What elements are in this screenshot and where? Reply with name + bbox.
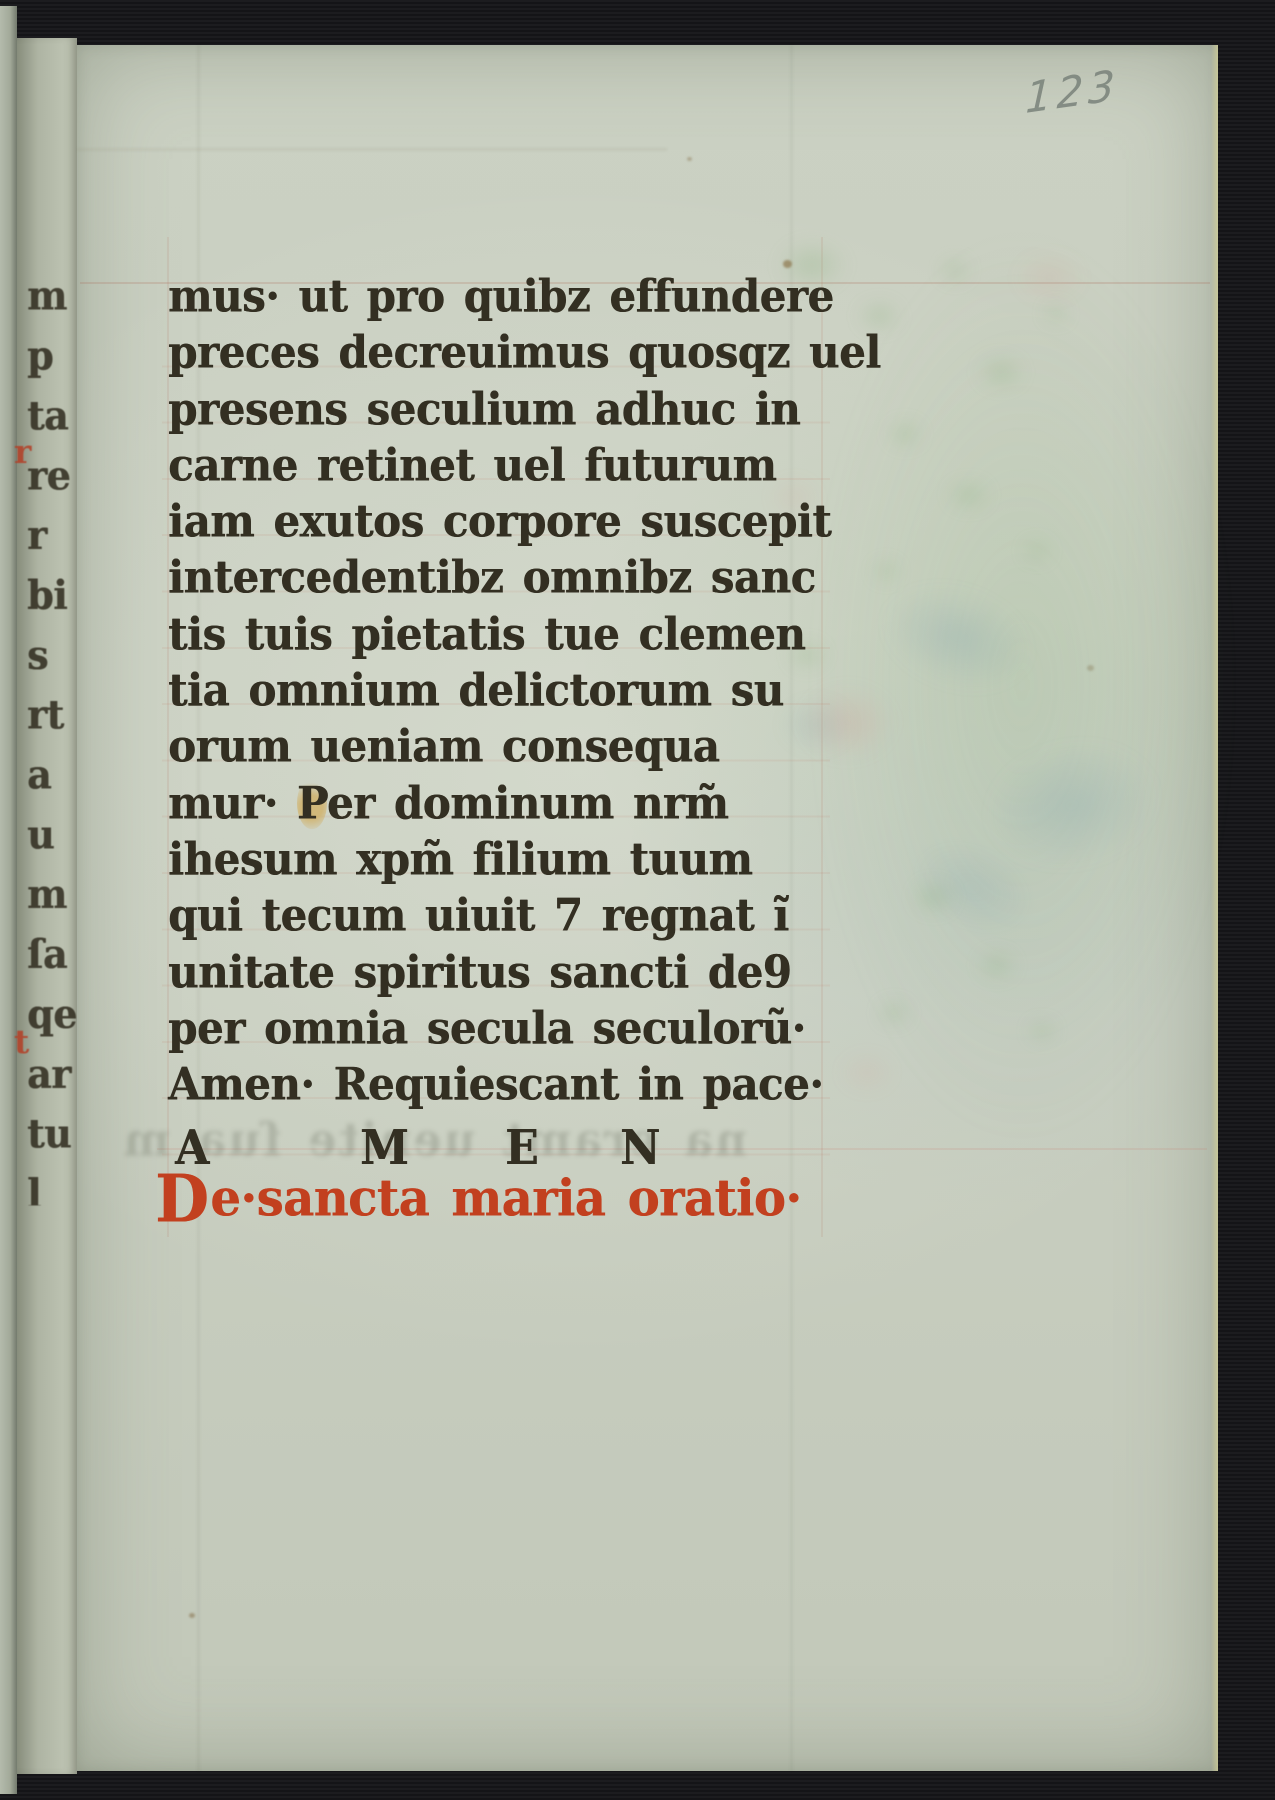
- margin-decoration-leaf: [977, 950, 1017, 980]
- rubric-initial: D: [155, 1161, 208, 1238]
- text-segment: mur·: [168, 777, 297, 829]
- text-line: ihesum xpm̃ filium tuum: [168, 830, 858, 890]
- margin-decoration-flower: [1012, 250, 1087, 305]
- facing-page-red-fragment: t: [14, 1022, 58, 1062]
- text-line: tia omnium delictorum su: [168, 661, 858, 721]
- board-edge: [0, 6, 17, 1794]
- margin-decoration-leaf: [1027, 1020, 1057, 1042]
- stain-speck: [1087, 665, 1094, 671]
- text-line: qui tecum uiuit 7 regnat ĩ: [168, 886, 858, 946]
- horizontal-discoloration: [77, 148, 667, 151]
- facing-page-text-fragments: mp ta rer bis rta um ſa qe ar tul bm ſe …: [27, 266, 79, 1206]
- facing-page-red-fragment: r: [14, 432, 58, 472]
- text-line: per omnia secula seculorũ·: [168, 999, 858, 1059]
- margin-decoration-leaf: [947, 480, 991, 510]
- manuscript-page: 123 na eramt uenite ſua m mus· ut pro qu…: [77, 45, 1218, 1771]
- text-line: unitate spiritus sancti de9: [168, 943, 858, 1003]
- margin-decoration-leaf: [872, 560, 900, 582]
- text-line: presens seculium adhuc in: [168, 380, 858, 440]
- gold-washed-initial-p: P: [297, 777, 327, 829]
- text-line: mus· ut pro quibz effundere: [168, 267, 858, 327]
- page-fore-edge: [1211, 45, 1218, 1771]
- rubric-de-sancta-maria: De·sancta maria oratio·: [155, 1167, 802, 1231]
- margin-decoration-leaf: [977, 355, 1025, 389]
- text-line: Amen· Requiescant in pace·: [168, 1055, 858, 1115]
- folio-number: 123: [1025, 60, 1121, 123]
- text-block: mus· ut pro quibz effundere preces decre…: [168, 267, 858, 1111]
- margin-decoration-leaf: [887, 420, 923, 448]
- stain-speck: [687, 157, 692, 161]
- text-line: tis tuis pietatis tue clemen: [168, 605, 858, 665]
- text-line: preces decreuimus quosqz uel: [168, 323, 858, 383]
- margin-decoration-leaf: [1043, 303, 1069, 323]
- text-segment: er dominum nrm̃: [327, 777, 729, 829]
- margin-decoration-leaf: [877, 1000, 911, 1026]
- stain-speck: [189, 1613, 195, 1618]
- text-line: iam exutos corpore suscepit: [168, 492, 858, 552]
- margin-decoration-leaf: [1022, 540, 1052, 562]
- text-line: carne retinet uel futurum: [168, 436, 858, 496]
- text-line: intercedentibz omnibz sanc: [168, 548, 858, 608]
- margin-decoration-leaf: [939, 257, 971, 283]
- facing-page-edge: mp ta rer bis rta um ſa qe ar tul bm ſe …: [17, 38, 77, 1774]
- text-line: orum ueniam consequa: [168, 717, 858, 777]
- rubric-text: e·sancta maria oratio·: [210, 1169, 801, 1228]
- manuscript-photo: mp ta rer bis rta um ſa qe ar tul bm ſe …: [0, 0, 1275, 1800]
- text-line-per-dominum: mur· Per dominum nrm̃: [168, 774, 858, 834]
